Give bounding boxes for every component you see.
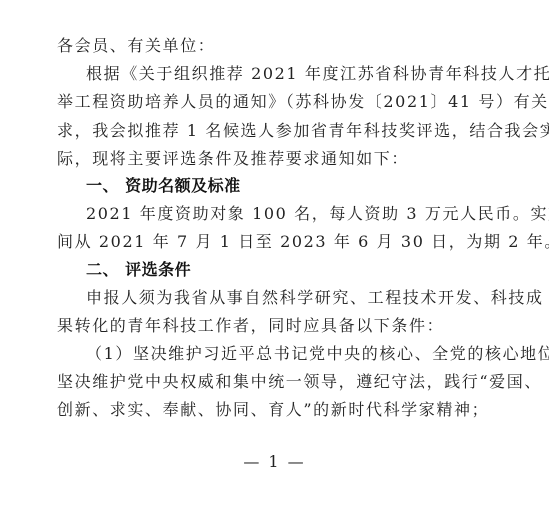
section-line: 间从 2021 年 7 月 1 日至 2023 年 6 月 30 日，为期 2 … xyxy=(57,232,499,252)
paragraph-line: 际，现将主要评选条件及推荐要求通知如下： xyxy=(57,149,499,169)
section-heading: 二、 评选条件 xyxy=(86,260,499,280)
section-line: 申报人须为我省从事自然科学研究、工程技术开发、科技成 xyxy=(86,288,499,308)
section-line: 坚决维护党中央权威和集中统一领导，遵纪守法，践行“爱国、 xyxy=(57,372,499,392)
section-line: 果转化的青年科技工作者，同时应具备以下条件： xyxy=(57,316,499,336)
salutation: 各会员、有关单位： xyxy=(57,36,499,56)
section-line: （1）坚决维护习近平总书记党中央的核心、全党的核心地位， xyxy=(86,344,499,364)
section-line: 2021 年度资助对象 100 名，每人资助 3 万元人民币。实施时 xyxy=(86,204,499,224)
paragraph-line: 根据《关于组织推荐 2021 年度江苏省科协青年科技人才托 xyxy=(86,64,499,84)
document-page: 各会员、有关单位： 根据《关于组织推荐 2021 年度江苏省科协青年科技人才托 … xyxy=(0,0,549,517)
page-number: — 1 — xyxy=(0,452,549,471)
section-line: 创新、求实、奉献、协同、育人”的新时代科学家精神； xyxy=(57,400,499,420)
paragraph-line: 求，我会拟推荐 1 名候选人参加省青年科技奖评选，结合我会实 xyxy=(57,121,499,141)
section-heading: 一、 资助名额及标准 xyxy=(86,176,499,196)
paragraph-line: 举工程资助培养人员的通知》（苏科协发〔2021〕41 号）有关要 xyxy=(57,92,499,112)
